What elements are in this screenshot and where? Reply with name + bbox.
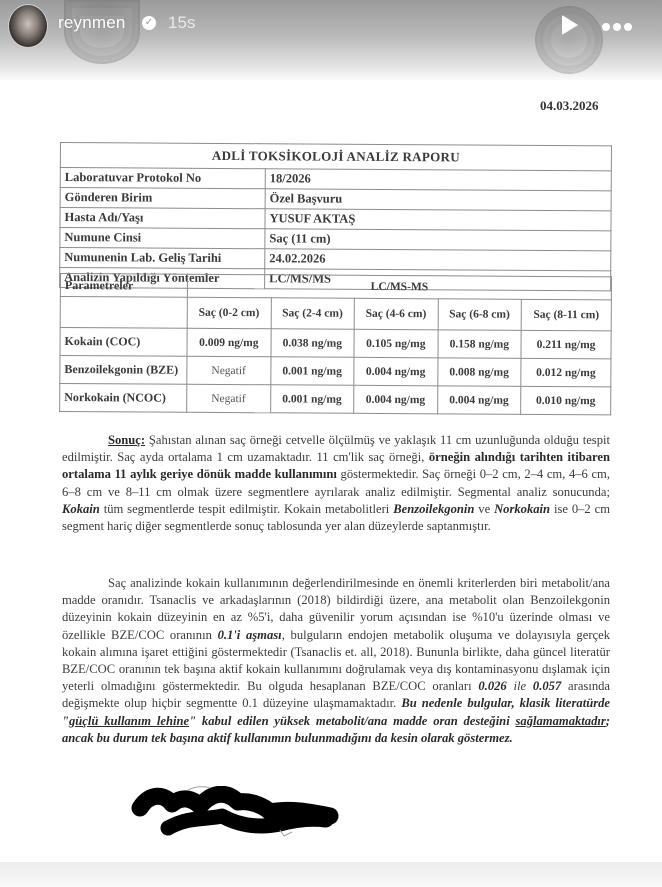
result-cell: 0.001 ng/mg <box>270 385 354 414</box>
bold-italic-span: " kabul edilen yüksek metabolit/ana madd… <box>189 714 515 728</box>
info-label: Laboratuvar Protokol No <box>60 168 265 189</box>
username[interactable]: reynmen <box>58 13 126 33</box>
bold-italic-span: Norkokain <box>494 502 550 516</box>
param-name: Benzoilekgonin (BZE) <box>60 356 187 385</box>
story-timestamp: 15s <box>168 13 195 33</box>
segment-header: Saç (0-2 cm) <box>187 297 271 329</box>
segment-header: Saç (8-11 cm) <box>521 299 611 331</box>
result-cell: Negatif <box>187 356 271 385</box>
analysis-paragraph: Saç analizinde kokain kullanımının değer… <box>62 575 610 747</box>
report-date: 04.03.2026 <box>540 98 599 114</box>
text-span: tüm segmentlerde tespit edilmiştir. Koka… <box>100 502 393 516</box>
table-row: Benzoilekgonin (BZE) Negatif 0.001 ng/mg… <box>60 356 611 387</box>
bold-italic-span: 0.026 <box>478 679 506 693</box>
table-row: Kokain (COC) 0.009 ng/mg 0.038 ng/mg 0.1… <box>60 328 611 359</box>
method-header: LC/MS-MS <box>187 274 611 300</box>
segment-header: Saç (2-4 cm) <box>271 298 355 330</box>
text-span: ve <box>474 502 494 516</box>
result-cell: 0.004 ng/mg <box>354 357 438 386</box>
param-name: Kokain (COC) <box>60 328 187 357</box>
param-name: Norkokain (NCOC) <box>60 384 187 413</box>
result-cell: 0.009 ng/mg <box>187 328 271 357</box>
result-cell: 0.004 ng/mg <box>354 385 438 414</box>
bold-italic-span: 0.057 <box>533 679 561 693</box>
result-cell: 0.008 ng/mg <box>437 358 521 387</box>
result-cell: 0.012 ng/mg <box>521 358 611 387</box>
info-value: 24.02.2026 <box>265 249 611 271</box>
result-cell: 0.001 ng/mg <box>270 357 354 386</box>
info-value: 18/2026 <box>265 169 611 191</box>
verified-badge-icon: ✓ <box>142 16 156 30</box>
conclusion-lead: Sonuç: <box>108 433 145 447</box>
info-value: YUSUF AKTAŞ <box>265 209 611 231</box>
info-label: Numunenin Lab. Geliş Tarihi <box>60 248 265 269</box>
segment-header: Saç (6-8 cm) <box>438 299 522 331</box>
italic-span: ile <box>507 679 533 693</box>
info-value: Saç (11 cm) <box>265 229 611 251</box>
more-options-icon[interactable] <box>602 18 642 32</box>
info-label: Gönderen Birim <box>60 188 265 209</box>
result-cell: Negatif <box>187 384 271 413</box>
result-cell: 0.105 ng/mg <box>354 329 438 358</box>
report-info-table: ADLİ TOKSİKOLOJİ ANALİZ RAPORU Laboratuv… <box>59 142 612 291</box>
info-label: Numune Cinsi <box>60 228 265 249</box>
result-cell: 0.211 ng/mg <box>521 330 611 359</box>
bold-italic-span: sağlamamaktadır <box>516 714 606 728</box>
info-label: Hasta Adı/Yaşı <box>60 208 265 229</box>
result-cell: 0.004 ng/mg <box>437 386 521 415</box>
bottom-band <box>0 862 662 887</box>
avatar[interactable] <box>8 4 48 48</box>
table-row: Norkokain (NCOC) Negatif 0.001 ng/mg 0.0… <box>60 384 611 415</box>
conclusion-paragraph: Sonuç: Şahıstan alınan saç örneği cetvel… <box>62 432 610 535</box>
report-title: ADLİ TOKSİKOLOJİ ANALİZ RAPORU <box>60 143 611 171</box>
bold-italic-span: 0.1'i aşması <box>218 628 282 642</box>
segment-header: Saç (4-6 cm) <box>354 298 438 330</box>
empty-cell <box>60 297 187 329</box>
results-table: Parametreler LC/MS-MS Saç (0-2 cm) Saç (… <box>59 273 612 415</box>
redacted-signature <box>130 786 342 840</box>
bold-italic-span: Kokain <box>62 502 100 516</box>
info-value: Özel Başvuru <box>265 189 611 211</box>
bold-italic-span: güçlü kullanım lehine <box>69 714 189 728</box>
result-cell: 0.010 ng/mg <box>521 386 611 415</box>
bold-italic-span: Benzoilekgonin <box>393 502 474 516</box>
param-header: Parametreler <box>60 274 187 298</box>
play-icon[interactable] <box>558 14 580 36</box>
result-cell: 0.038 ng/mg <box>270 329 354 358</box>
result-cell: 0.158 ng/mg <box>437 330 521 359</box>
